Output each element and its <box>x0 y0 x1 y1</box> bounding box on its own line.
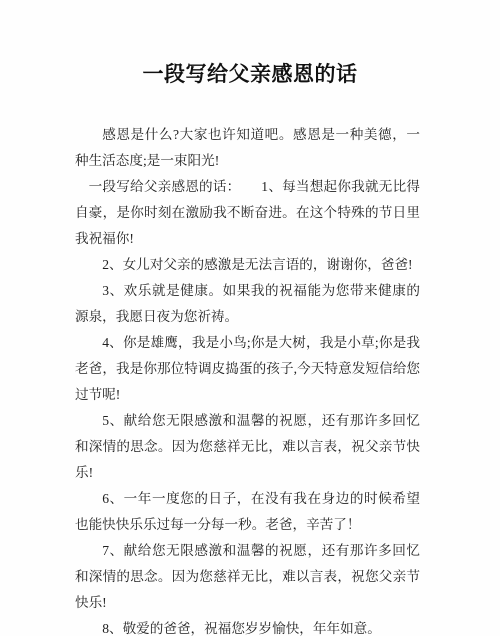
paragraph-4: 3、欢乐就是健康。如果我的祝福能为您带来健康的源泉，我愿日夜为您祈祷。 <box>75 278 420 330</box>
paragraph-5: 4、你是雄鹰，我是小鸟;你是大树，我是小草;你是我老爸，我是你那位特调皮捣蛋的孩… <box>75 330 420 408</box>
paragraph-2: 一段写给父亲感恩的话： 1、每当想起你我就无比得自豪，是你时刻在激励我不断奋进。… <box>75 174 420 252</box>
paragraph-9: 8、敬爱的爸爸，祝福您岁岁愉快，年年如意。 <box>75 616 420 636</box>
paragraph-7: 6、一年一度您的日子，在没有我在身边的时候希望也能快快乐乐过每一分每一秒。老爸，… <box>75 486 420 538</box>
paragraph-6: 5、献给您无限感激和温馨的祝愿，还有那许多回忆和深情的思念。因为您慈祥无比，难以… <box>75 408 420 486</box>
document-body: 感恩是什么?大家也许知道吧。感恩是一种美德，一种生活态度;是一束阳光!一段写给父… <box>75 122 420 636</box>
paragraph-3: 2、女儿对父亲的感激是无法言语的，谢谢你，爸爸! <box>75 252 420 278</box>
document-title: 一段写给父亲感恩的话 <box>0 0 500 88</box>
paragraph-1: 感恩是什么?大家也许知道吧。感恩是一种美德，一种生活态度;是一束阳光! <box>75 122 420 174</box>
document-page: 一段写给父亲感恩的话 感恩是什么?大家也许知道吧。感恩是一种美德，一种生活态度;… <box>0 0 500 636</box>
paragraph-8: 7、献给您无限感激和温馨的祝愿，还有那许多回忆和深情的思念。因为您慈祥无比，难以… <box>75 538 420 616</box>
